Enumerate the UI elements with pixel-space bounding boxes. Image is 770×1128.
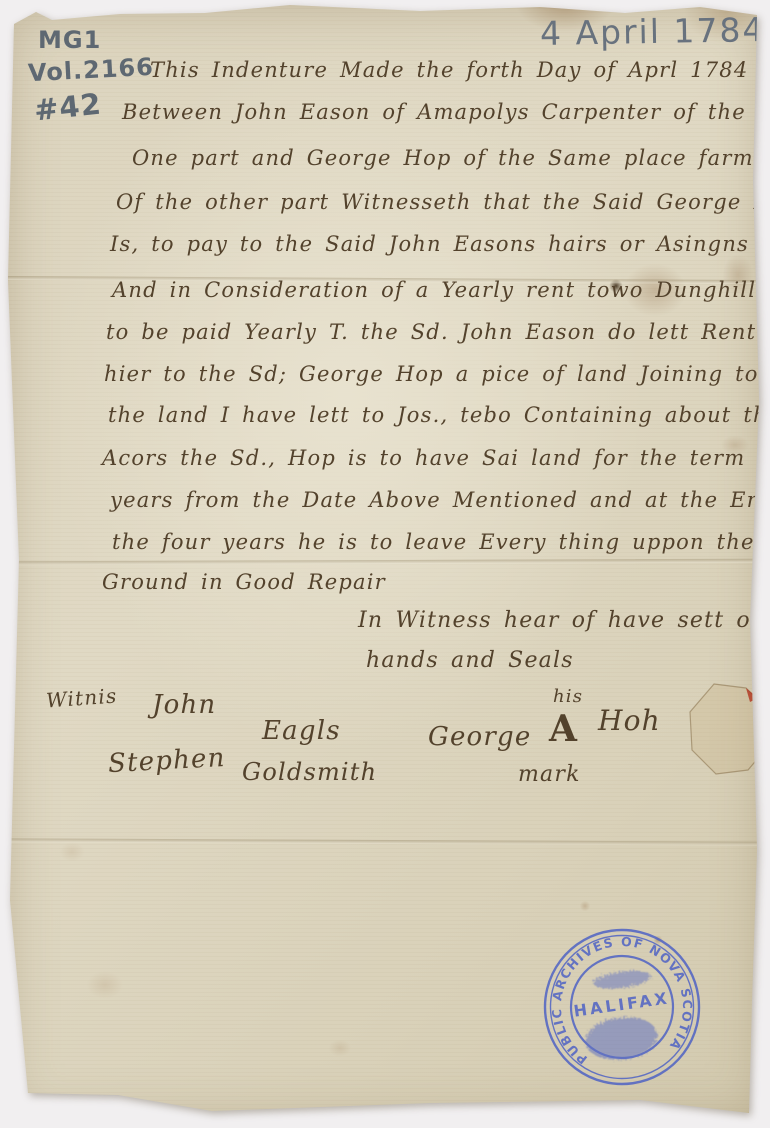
body-line: hier to the Sd; George Hop a pice of lan… — [104, 362, 759, 386]
body-line: the land I have lett to Jos., tebo Conta… — [108, 403, 770, 427]
stamp-group: PUBLIC ARCHIVES OF NOVA SCOTIA HALIFAX — [537, 922, 707, 1092]
body-line: Is, to pay to the Said John Easons hairs… — [110, 232, 770, 256]
stamp-center-text: HALIFAX — [572, 988, 670, 1020]
stamp-ink-smudge-upper — [592, 968, 652, 992]
annotation-date: 4 April 1784 — [540, 10, 766, 53]
body-line: Acors the Sd., Hop is to have Sai land f… — [102, 446, 770, 470]
stamp-ink-smudge-lower — [583, 1013, 660, 1065]
signer-last-name: Hoh — [598, 704, 661, 737]
fold-crease-middle — [0, 559, 770, 566]
body-line: to be paid Yearly T. the Sd. John Eason … — [106, 320, 770, 344]
mark-word: mark — [518, 762, 581, 787]
body-line: And in Consideration of a Yearly rent to… — [112, 278, 770, 302]
witness2-signature-last: Goldsmith — [242, 758, 377, 786]
attestation-line: In Witness hear of have sett our — [358, 608, 770, 633]
mark-his-word: his — [553, 686, 583, 707]
archive-stamp: PUBLIC ARCHIVES OF NOVA SCOTIA HALIFAX — [537, 922, 707, 1092]
signer-mark-letter: A — [549, 708, 578, 750]
annotation-item-number: #42 — [32, 87, 103, 128]
body-line: Between John Eason of Amapolys Carpenter… — [122, 100, 746, 124]
paper-sheet: MG1 Vol.2166 #42 4 April 1784 This Inden… — [0, 0, 770, 1128]
annotation-volume: Vol.2166 — [27, 53, 154, 88]
fold-crease-bottom — [0, 838, 770, 845]
body-line: Ground in Good Repair — [102, 570, 386, 594]
body-line: Of the other part Witnesseth that the Sa… — [116, 190, 770, 214]
witness1-signature-last: Eagls — [262, 716, 341, 746]
body-line: One part and George Hop of the Same plac… — [132, 146, 770, 170]
body-line: years from the Date Above Mentioned and … — [110, 488, 770, 512]
witness2-signature-first: Stephen — [107, 743, 226, 779]
body-line: This Indenture Made the forth Day of Apr… — [150, 58, 748, 82]
wafer-seal-outline — [688, 682, 770, 776]
witness-label: Witnis — [45, 684, 118, 713]
scanned-document-page: { "archival_annotations": { "collection"… — [0, 0, 770, 1128]
annotation-collection: MG1 — [38, 26, 101, 54]
signer-first-name: George — [428, 722, 531, 752]
body-line: the four years he is to leave Every thin… — [112, 530, 755, 554]
attestation-line: hands and Seals — [366, 648, 574, 673]
paper-sheet-wrapper: MG1 Vol.2166 #42 4 April 1784 This Inden… — [0, 0, 770, 1128]
witness1-signature-first: John — [152, 690, 216, 720]
